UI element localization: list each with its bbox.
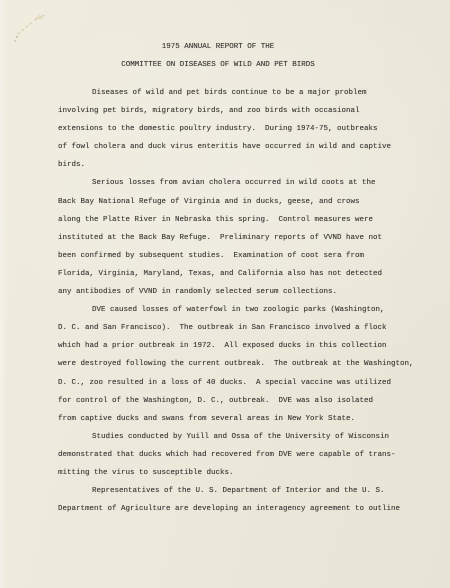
text-line: D. C. and San Francisco). The outbreak i… [58,319,438,337]
text-line: Florida, Virginia, Maryland, Texas, and … [58,265,438,283]
text-line: of fowl cholera and duck virus enteritis… [58,138,438,156]
title-line-2: COMMITTEE ON DISEASES OF WILD AND PET BI… [0,56,436,74]
text-line: were destroyed following the current out… [58,355,438,373]
text-line: demonstrated that ducks which had recove… [58,446,438,464]
text-line: for control of the Washington, D. C., ou… [58,392,438,410]
text-line: Department of Agriculture are developing… [58,500,438,518]
text-line: any antibodies of VVND in randomly selec… [58,283,438,301]
text-line: from captive ducks and swans from severa… [58,410,438,428]
text-line: D. C., zoo resulted in a loss of 40 duck… [58,374,438,392]
document-body: Diseases of wild and pet birds continue … [58,84,438,518]
text-line: which had a prior outbreak in 1972. All … [58,337,438,355]
text-line: birds. [58,156,438,174]
text-line: instituted at the Back Bay Refuge. Preli… [58,229,438,247]
text-line: Back Bay National Refuge of Virginia and… [58,193,438,211]
text-line: mitting the virus to susceptible ducks. [58,464,438,482]
text-line: along the Platte River in Nebraska this … [58,211,438,229]
text-line: DVE caused losses of waterfowl in two zo… [58,301,438,319]
text-line: involving pet birds, migratory birds, an… [58,102,438,120]
text-line: Diseases of wild and pet birds continue … [58,84,438,102]
document-title: 1975 ANNUAL REPORT OF THE COMMITTEE ON D… [0,38,436,74]
text-line: been confirmed by subsequent studies. Ex… [58,247,438,265]
text-line: Serious losses from avian cholera occurr… [58,174,438,192]
text-line: Representatives of the U. S. Department … [58,482,438,500]
title-line-1: 1975 ANNUAL REPORT OF THE [0,38,436,56]
text-line: Studies conducted by Yuill and Ossa of t… [58,428,438,446]
text-line: extensions to the domestic poultry indus… [58,120,438,138]
document-page: 1975 ANNUAL REPORT OF THE COMMITTEE ON D… [0,0,450,588]
